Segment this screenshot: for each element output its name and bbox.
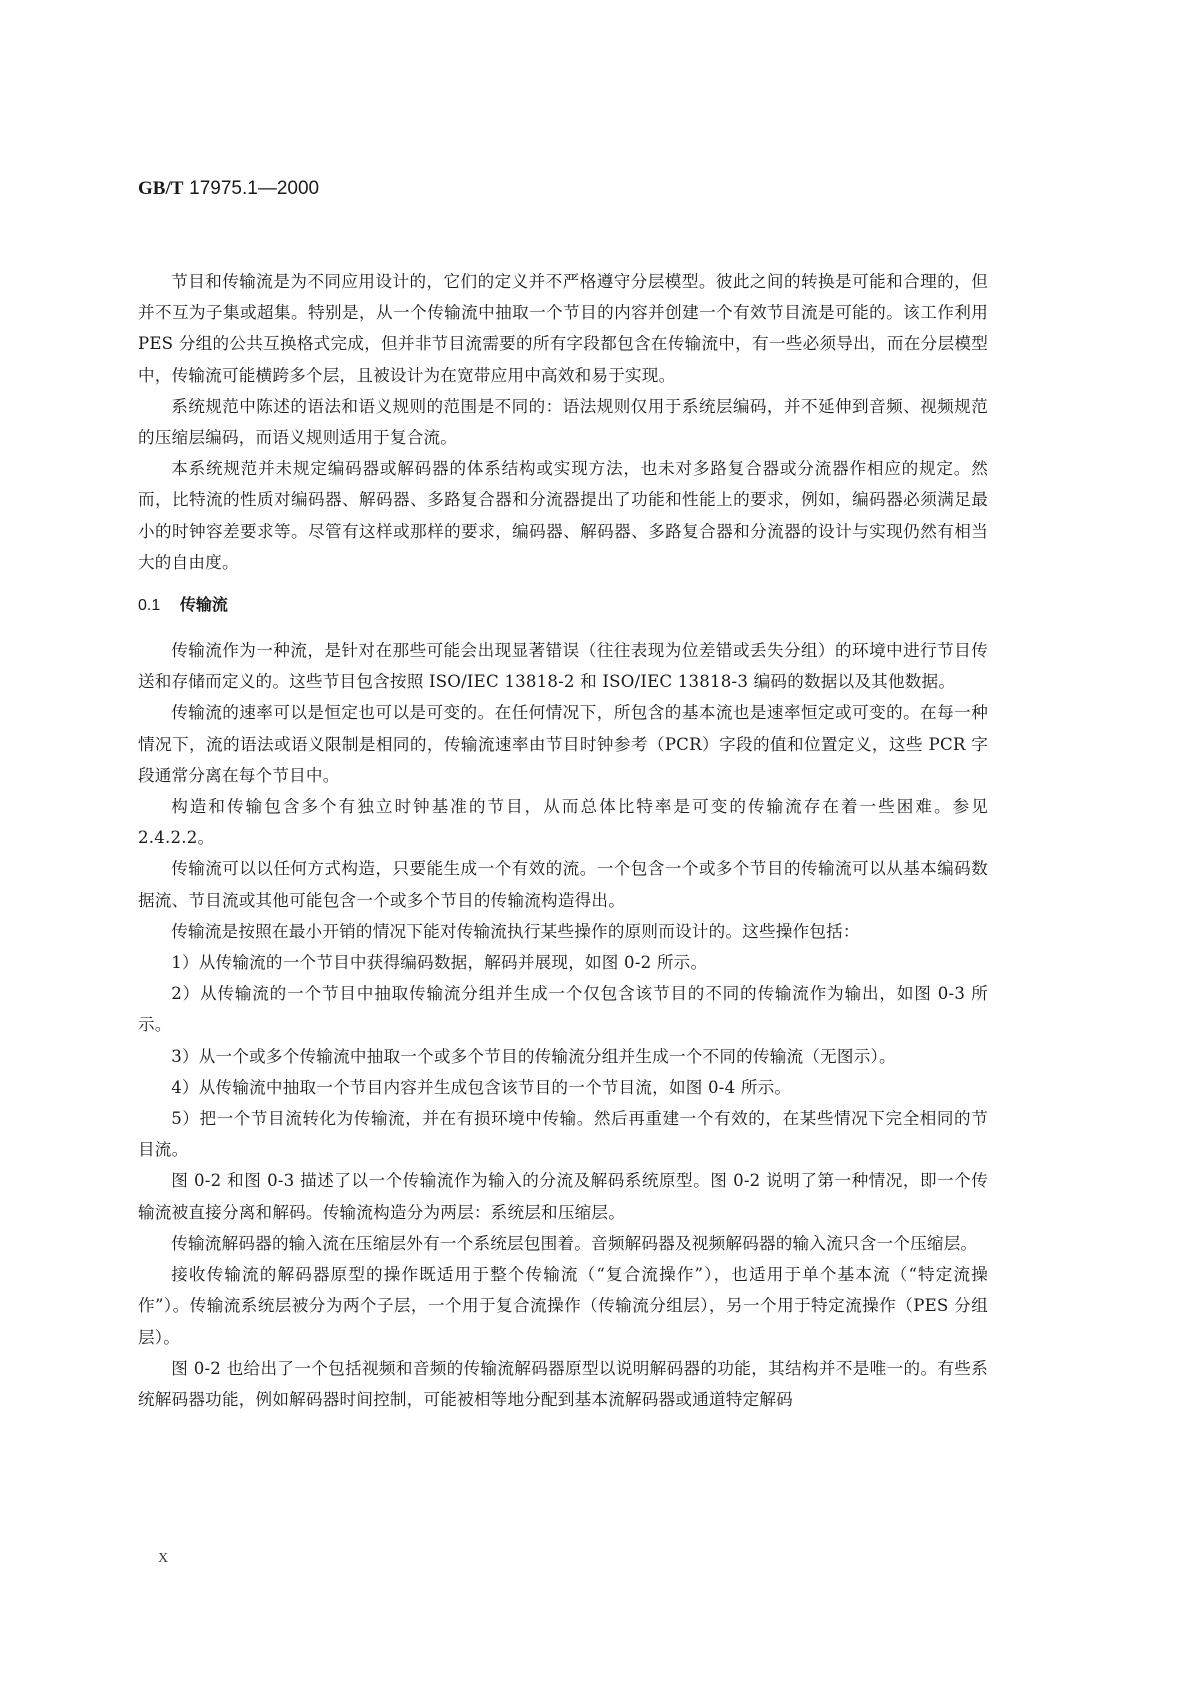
list-item: 2）从传输流的一个节目中抽取传输流分组并生成一个仅包含该节目的不同的传输流作为输… — [138, 978, 988, 1040]
list-item: 5）把一个节目流转化为传输流，并在有损环境中传输。然后再重建一个有效的，在某些情… — [138, 1103, 988, 1165]
paragraph: 图 0-2 也给出了一个包括视频和音频的传输流解码器原型以说明解码器的功能，其结… — [138, 1353, 988, 1415]
paragraph: 本系统规范并未规定编码器或解码器的体系结构或实现方法，也未对多路复合器或分流器作… — [138, 453, 988, 578]
list-item: 3）从一个或多个传输流中抽取一个或多个节目的传输流分组并生成一个不同的传输流（无… — [138, 1041, 988, 1072]
document-body: 节目和传输流是为不同应用设计的，它们的定义并不严格遵守分层模型。彼此之间的转换是… — [138, 266, 988, 1415]
section-title: 传输流 — [180, 595, 228, 614]
paragraph: 节目和传输流是为不同应用设计的，它们的定义并不严格遵守分层模型。彼此之间的转换是… — [138, 266, 988, 391]
list-item: 4）从传输流中抽取一个节目内容并生成包含该节目的一个节目流，如图 0-4 所示。 — [138, 1072, 988, 1103]
section-number: 0.1 — [138, 597, 160, 614]
list-item: 1）从传输流的一个节目中获得编码数据，解码并展现，如图 0-2 所示。 — [138, 947, 988, 978]
paragraph: 图 0-2 和图 0-3 描述了以一个传输流作为输入的分流及解码系统原型。图 0… — [138, 1165, 988, 1227]
paragraph: 构造和传输包含多个有独立时钟基准的节目，从而总体比特率是可变的传输流存在着一些困… — [138, 791, 988, 853]
page-number: X — [158, 1551, 168, 1567]
section-heading: 0.1 传输流 — [138, 590, 988, 621]
paragraph: 传输流解码器的输入流在压缩层外有一个系统层包围着。音频解码器及视频解码器的输入流… — [138, 1228, 988, 1259]
paragraph: 系统规范中陈述的语法和语义规则的范围是不同的：语法规则仅用于系统层编码，并不延伸… — [138, 391, 988, 453]
paragraph: 传输流作为一种流，是针对在那些可能会出现显著错误（往往表现为位差错或丢失分组）的… — [138, 635, 988, 697]
paragraph: 接收传输流的解码器原型的操作既适用于整个传输流（“复合流操作”），也适用于单个基… — [138, 1259, 988, 1353]
paragraph: 传输流是按照在最小开销的情况下能对传输流执行某些操作的原则而设计的。这些操作包括… — [138, 916, 988, 947]
paragraph: 传输流的速率可以是恒定也可以是可变的。在任何情况下，所包含的基本流也是速率恒定或… — [138, 697, 988, 791]
standard-prefix: GB/T — [138, 178, 183, 199]
paragraph: 传输流可以以任何方式构造，只要能生成一个有效的流。一个包含一个或多个节目的传输流… — [138, 853, 988, 915]
standard-number: 17975.1—2000 — [189, 178, 319, 199]
document-header: GB/T 17975.1—2000 — [138, 178, 319, 200]
